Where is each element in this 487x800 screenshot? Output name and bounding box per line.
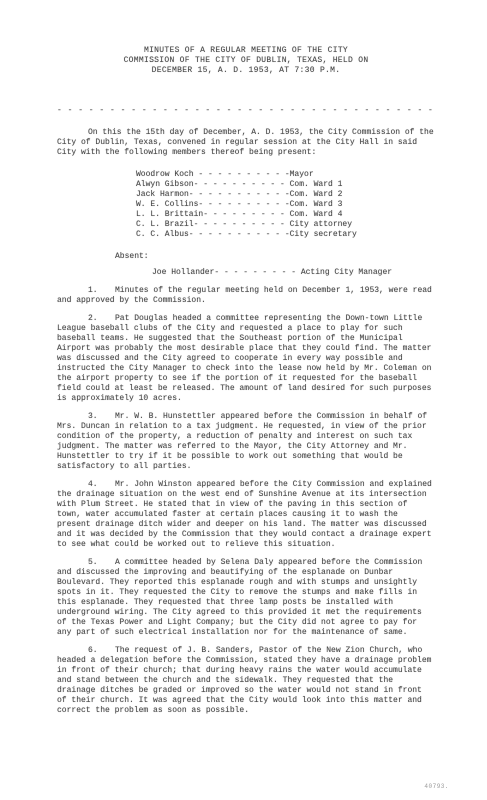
attendee-row: Jack Harmon- - - - - - - - - - -Com. War… (136, 190, 435, 200)
minute-item-5: 5.A committee headed by Selena Daly appe… (57, 558, 435, 638)
attendee-row: W. E. Collins- - - - - - - - - -Com. War… (136, 200, 435, 210)
item-number: 4. (88, 480, 115, 490)
attendee-list: Woodrow Koch - - - - - - - - - -Mayor Al… (136, 170, 435, 240)
attendee-row: C. L. Brazil- - - - - - - - - - City att… (136, 220, 435, 230)
item-number: 6. (88, 646, 115, 656)
minute-item-1: 1.Minutes of the regular meeting held on… (57, 286, 435, 306)
minute-item-6: 6.The request of J. B. Sanders, Pastor o… (57, 646, 435, 716)
item-text: The request of J. B. Sanders, Pastor of … (57, 646, 431, 715)
item-text: A committee headed by Selena Daly appear… (57, 558, 422, 637)
attendee-row: L. L. Brittain- - - - - - - - - Com. War… (136, 210, 435, 220)
item-number: 5. (88, 558, 115, 568)
dashed-separator: - - - - - - - - - - - - - - - - - - - - … (57, 106, 435, 116)
item-number: 3. (88, 412, 115, 422)
minute-item-4: 4.Mr. John Winston appeared before the C… (57, 480, 435, 550)
document-title: MINUTES OF A REGULAR MEETING OF THE CITY… (57, 46, 435, 76)
attendee-row: C. C. Albus- - - - - - - - - - -City sec… (136, 230, 435, 240)
opening-paragraph: On this the 15th day of December, A. D. … (57, 128, 435, 158)
absent-row: Joe Hollander- - - - - - - - - Acting Ci… (152, 268, 435, 278)
attendee-row: Woodrow Koch - - - - - - - - - -Mayor (136, 170, 435, 180)
document-content: MINUTES OF A REGULAR MEETING OF THE CITY… (57, 46, 435, 716)
minute-item-2: 2.Pat Douglas headed a committee represe… (57, 314, 435, 404)
item-text: Pat Douglas headed a committee represent… (57, 314, 431, 403)
minute-item-3: 3.Mr. W. B. Hunstettler appeared before … (57, 412, 435, 472)
scanned-minutes-page: MINUTES OF A REGULAR MEETING OF THE CITY… (0, 0, 487, 800)
page-reference-number: 40793. (424, 783, 449, 790)
item-text: Mr. John Winston appeared before the Cit… (57, 480, 432, 549)
absent-label: Absent: (115, 252, 435, 262)
item-number: 1. (88, 286, 115, 296)
item-number: 2. (88, 314, 115, 324)
attendee-row: Alwyn Gibson- - - - - - - - - - Com. War… (136, 180, 435, 190)
